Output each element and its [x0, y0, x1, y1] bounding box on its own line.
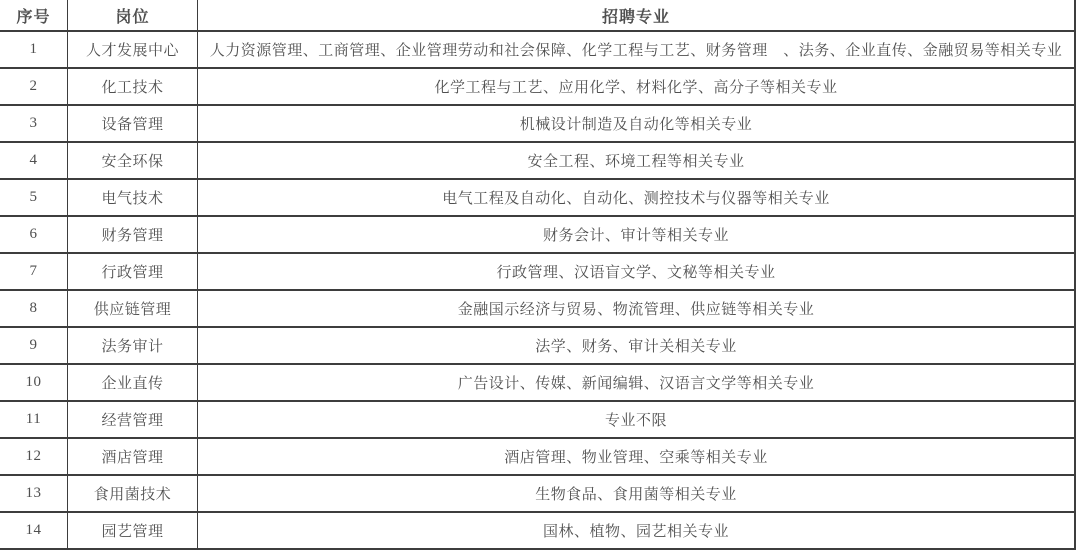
majors-cell: 行政管理、汉语盲文学、文秘等相关专业 [198, 253, 1076, 290]
row-number-cell: 5 [0, 179, 68, 216]
position-cell: 供应链管理 [68, 290, 198, 327]
header-cell-position: 岗位 [68, 0, 198, 31]
position-cell: 财务管理 [68, 216, 198, 253]
table-row: 5 电气技术 电气工程及自动化、自动化、测控技术与仪器等相关专业 [0, 179, 1075, 216]
header-cell-no: 序号 [0, 0, 68, 31]
majors-cell: 机械设计制造及自动化等相关专业 [198, 105, 1076, 142]
row-number-cell: 7 [0, 253, 68, 290]
position-cell: 经营管理 [68, 401, 198, 438]
position-cell: 化工技术 [68, 68, 198, 105]
row-number-cell: 10 [0, 364, 68, 401]
table-row: 1 人才发展中心 人力资源管理、工商管理、企业管理劳动和社会保障、化学工程与工艺… [0, 31, 1075, 68]
majors-cell: 广告设计、传媒、新闻编辑、汉语言文学等相关专业 [198, 364, 1076, 401]
position-cell: 园艺管理 [68, 512, 198, 549]
row-number-cell: 1 [0, 31, 68, 68]
row-number-cell: 8 [0, 290, 68, 327]
majors-cell: 法学、财务、审计关相关专业 [198, 327, 1076, 364]
row-number-cell: 2 [0, 68, 68, 105]
row-number-cell: 9 [0, 327, 68, 364]
row-number-cell: 3 [0, 105, 68, 142]
row-number-cell: 6 [0, 216, 68, 253]
table-row: 10 企业直传 广告设计、传媒、新闻编辑、汉语言文学等相关专业 [0, 364, 1075, 401]
row-number-cell: 11 [0, 401, 68, 438]
majors-cell: 人力资源管理、工商管理、企业管理劳动和社会保障、化学工程与工艺、财务管理 、法务… [198, 31, 1076, 68]
majors-cell: 化学工程与工艺、应用化学、材料化学、高分子等相关专业 [198, 68, 1076, 105]
majors-cell: 财务会计、审计等相关专业 [198, 216, 1076, 253]
table-header: 序号 岗位 招聘专业 [0, 0, 1075, 31]
position-cell: 酒店管理 [68, 438, 198, 475]
table-row: 9 法务审计 法学、财务、审计关相关专业 [0, 327, 1075, 364]
table-row: 12 酒店管理 酒店管理、物业管理、空乘等相关专业 [0, 438, 1075, 475]
table-row: 14 园艺管理 国林、植物、园艺相关专业 [0, 512, 1075, 549]
table-body: 1 人才发展中心 人力资源管理、工商管理、企业管理劳动和社会保障、化学工程与工艺… [0, 31, 1075, 549]
table-row: 7 行政管理 行政管理、汉语盲文学、文秘等相关专业 [0, 253, 1075, 290]
majors-cell: 安全工程、环境工程等相关专业 [198, 142, 1076, 179]
table-row: 3 设备管理 机械设计制造及自动化等相关专业 [0, 105, 1075, 142]
position-cell: 人才发展中心 [68, 31, 198, 68]
header-row: 序号 岗位 招聘专业 [0, 0, 1075, 31]
position-cell: 电气技术 [68, 179, 198, 216]
recruitment-table: 序号 岗位 招聘专业 1 人才发展中心 人力资源管理、工商管理、企业管理劳动和社… [0, 0, 1076, 550]
majors-cell: 生物食品、食用菌等相关专业 [198, 475, 1076, 512]
position-cell: 设备管理 [68, 105, 198, 142]
position-cell: 企业直传 [68, 364, 198, 401]
position-cell: 安全环保 [68, 142, 198, 179]
header-cell-majors: 招聘专业 [198, 0, 1076, 31]
row-number-cell: 14 [0, 512, 68, 549]
majors-cell: 国林、植物、园艺相关专业 [198, 512, 1076, 549]
table-row: 4 安全环保 安全工程、环境工程等相关专业 [0, 142, 1075, 179]
table-row: 2 化工技术 化学工程与工艺、应用化学、材料化学、高分子等相关专业 [0, 68, 1075, 105]
majors-cell: 酒店管理、物业管理、空乘等相关专业 [198, 438, 1076, 475]
majors-cell: 专业不限 [198, 401, 1076, 438]
table-row: 8 供应链管理 金融国示经济与贸易、物流管理、供应链等相关专业 [0, 290, 1075, 327]
position-cell: 行政管理 [68, 253, 198, 290]
position-cell: 食用菌技术 [68, 475, 198, 512]
majors-cell: 电气工程及自动化、自动化、测控技术与仪器等相关专业 [198, 179, 1076, 216]
row-number-cell: 13 [0, 475, 68, 512]
table-row: 13 食用菌技术 生物食品、食用菌等相关专业 [0, 475, 1075, 512]
row-number-cell: 4 [0, 142, 68, 179]
majors-cell: 金融国示经济与贸易、物流管理、供应链等相关专业 [198, 290, 1076, 327]
table-row: 11 经营管理 专业不限 [0, 401, 1075, 438]
table-row: 6 财务管理 财务会计、审计等相关专业 [0, 216, 1075, 253]
position-cell: 法务审计 [68, 327, 198, 364]
row-number-cell: 12 [0, 438, 68, 475]
